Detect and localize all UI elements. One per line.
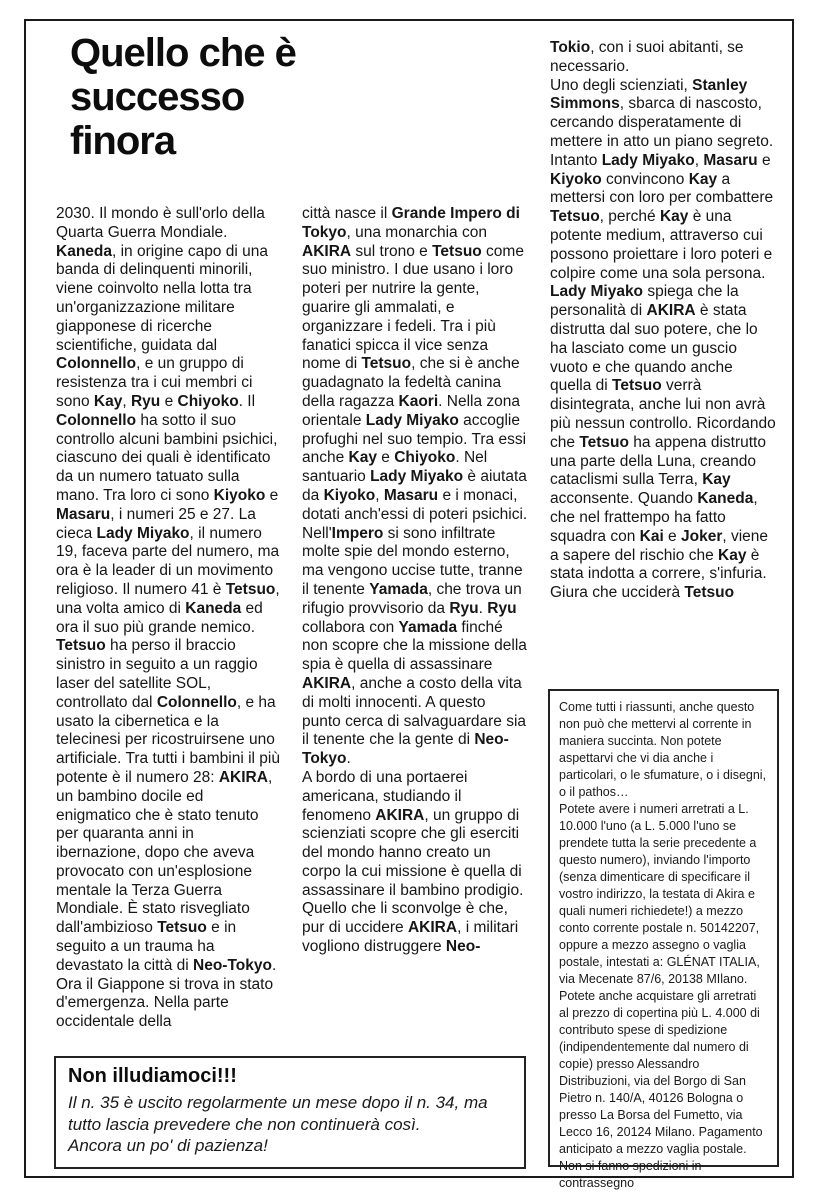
paragraph: Uno degli scienziati, Stanley Simmons, s… bbox=[550, 77, 776, 152]
paragraph: Tokio, con i suoi abitanti, se necessari… bbox=[550, 39, 776, 77]
editor-note-title: Non illudiamoci!!! bbox=[68, 1065, 512, 1088]
paragraph: finora bbox=[70, 119, 296, 163]
page-title: Quello che èsuccessofinora bbox=[70, 31, 296, 163]
paragraph: Potete avere i numeri arretrati a L. 10.… bbox=[559, 801, 768, 1192]
paragraph: Intanto Lady Miyako, Masaru e Kiyoko con… bbox=[550, 152, 776, 603]
page-frame: Quello che èsuccessofinora 2030. Il mond… bbox=[24, 19, 794, 1178]
paragraph: Quello che è bbox=[70, 31, 296, 75]
backissues-info-box: Come tutti i riassunti, anche questo non… bbox=[548, 689, 779, 1167]
editor-note-box: Non illudiamoci!!! Il n. 35 è uscito reg… bbox=[54, 1056, 526, 1169]
paragraph: Il n. 35 è uscito regolarmente un mese d… bbox=[68, 1092, 512, 1135]
editor-note-body: Il n. 35 è uscito regolarmente un mese d… bbox=[68, 1092, 512, 1157]
paragraph: A bordo di una portaerei americana, stud… bbox=[302, 769, 528, 957]
text-column-2: città nasce il Grande Impero di Tokyo, u… bbox=[302, 205, 528, 957]
text-column-1: 2030. Il mondo è sull'orlo della Quarta … bbox=[56, 205, 282, 1032]
paragraph: Ancora un po' di pazienza! bbox=[68, 1135, 512, 1157]
text-column-3: Tokio, con i suoi abitanti, se necessari… bbox=[550, 39, 776, 603]
paragraph: 2030. Il mondo è sull'orlo della Quarta … bbox=[56, 205, 282, 1032]
paragraph: Come tutti i riassunti, anche questo non… bbox=[559, 699, 768, 801]
paragraph: città nasce il Grande Impero di Tokyo, u… bbox=[302, 205, 528, 525]
paragraph: successo bbox=[70, 75, 296, 119]
paragraph: Nell'Impero si sono infiltrate molte spi… bbox=[302, 525, 528, 769]
